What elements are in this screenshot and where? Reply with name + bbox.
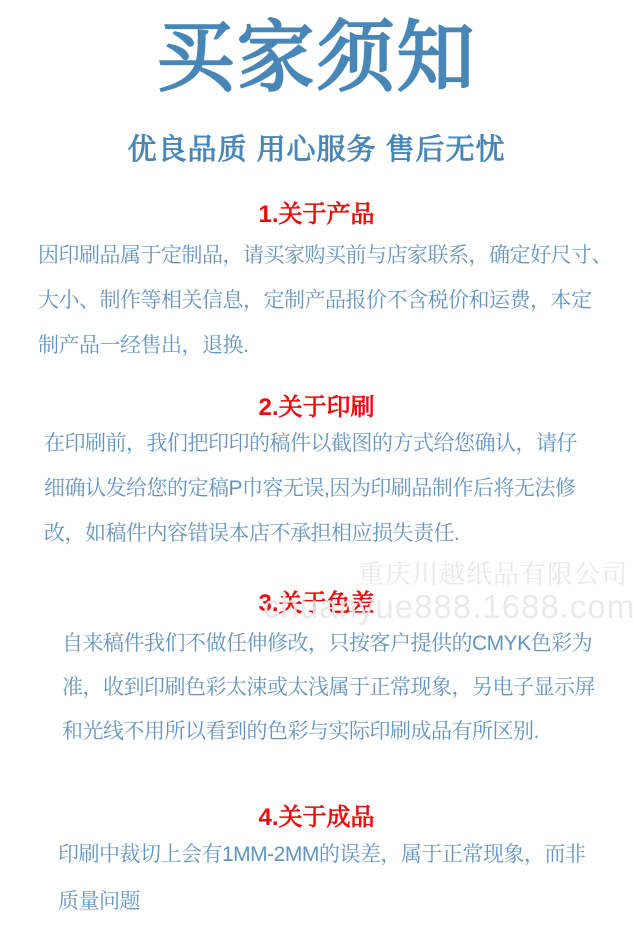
body-line: 改，如稿件内容错误本店不承担相应损失责任.	[44, 511, 615, 556]
body-line: 因印刷品属于定制品，请买家购买前与店家联系，确定好尺寸、	[38, 233, 615, 278]
body-line: 印刷中裁切上会有1MM-2MM的误差，属于正常现象，而非	[58, 831, 615, 878]
watermark-company: 重庆川越纸品有限公司	[358, 554, 628, 591]
body-line: 细确认发给您的定稿P巾容无误,因为印刷品制作后将无法修	[44, 466, 615, 511]
body-line: 大小、制作等相关信息，定制产品报价不含税价和运费，本定	[38, 278, 615, 323]
page-title: 买家须知	[0, 14, 633, 100]
section-heading-product: 1.关于产品	[0, 201, 633, 228]
section-heading-finished: 4.关于成品	[0, 804, 633, 831]
body-line: 制产品一经售出，退换.	[38, 323, 615, 368]
section-body-finished: 印刷中裁切上会有1MM-2MM的误差，属于正常现象，而非 质量问题	[0, 831, 633, 925]
body-line: 质量问题	[58, 878, 615, 925]
body-line: 准，收到印刷色彩太涑或太浅属于正常现象，另电子显示屏	[62, 666, 615, 710]
page-subtitle: 优良品质 用心服务 售后无忧	[0, 133, 633, 168]
body-line: 和光线不用所以看到的色彩与实际印刷成品有所区别.	[62, 710, 615, 754]
buyer-notice-page: 买家须知 优良品质 用心服务 售后无忧 1.关于产品 因印刷品属于定制品，请买家…	[0, 0, 633, 935]
section-body-color: 自来稿件我们不做任伸修改，只按客户提供的CMYK色彩为 准，收到印刷色彩太涑或太…	[0, 622, 633, 754]
body-line: 在印刷前，我们把印印的稿件以截图的方式给您确认，请仔	[44, 421, 615, 466]
body-line: 自来稿件我们不做任伸修改，只按客户提供的CMYK色彩为	[62, 622, 615, 666]
section-body-product: 因印刷品属于定制品，请买家购买前与店家联系，确定好尺寸、 大小、制作等相关信息，…	[0, 233, 633, 368]
section-body-printing: 在印刷前，我们把印印的稿件以截图的方式给您确认，请仔 细确认发给您的定稿P巾容无…	[0, 421, 633, 556]
section-heading-printing: 2.关于印刷	[0, 394, 633, 421]
section-heading-color: 3.关于色差	[0, 590, 633, 617]
